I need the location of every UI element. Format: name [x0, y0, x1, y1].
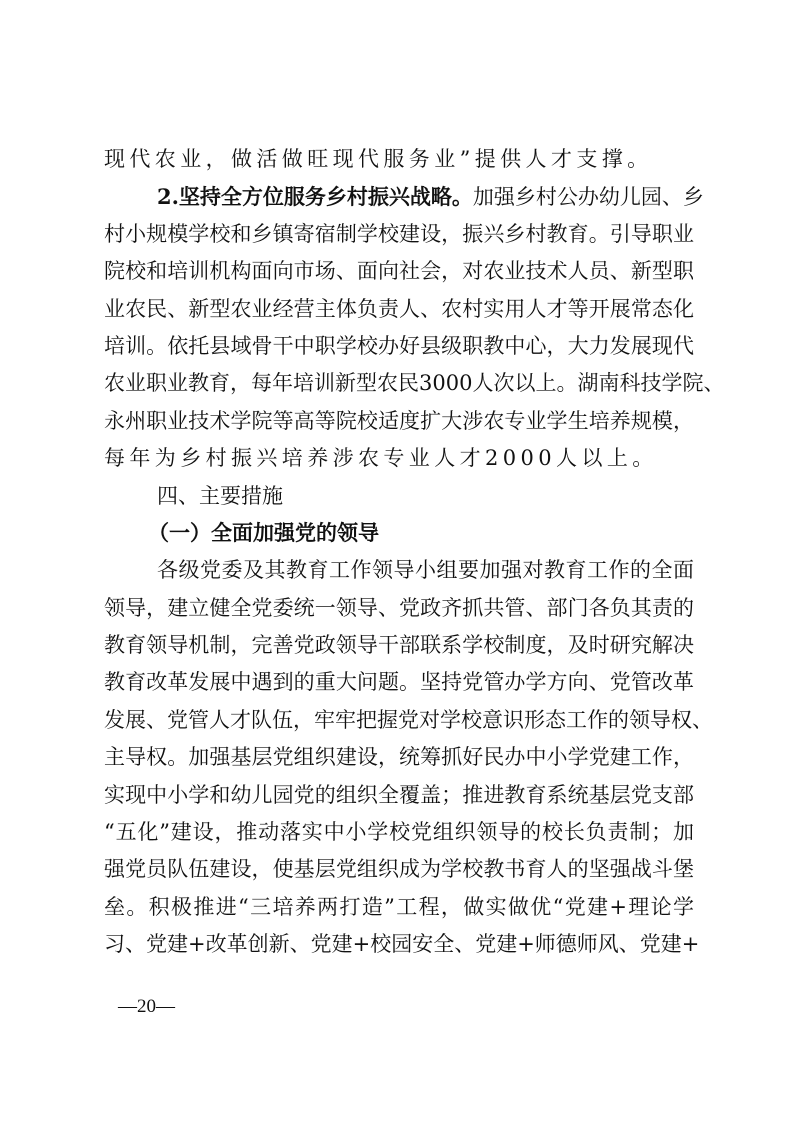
paragraph-line: 教育改革发展中遇到的重大问题。坚持党管办学方向、党管改革: [104, 664, 694, 701]
paragraph-line: 现代农业，做活做旺现代服务业”提供人才支撑。: [104, 141, 694, 178]
paragraph-line: 培训。依托县域骨干中职学校办好县级职教中心，大力发展现代: [104, 328, 694, 365]
paragraph-line: 实现中小学和幼儿园党的组织全覆盖；推进教育系统基层党支部: [104, 777, 694, 814]
paragraph-line: 永州职业技术学院等高等院校适度扩大涉农专业学生培养规模，: [104, 403, 694, 440]
paragraph-line: 习、党建+改革创新、党建+校园安全、党建+师德师风、党建+: [104, 926, 694, 963]
paragraph-line: 领导，建立健全党委统一领导、党政齐抓共管、部门各负其责的: [104, 590, 694, 627]
section-heading: 四、主要措施: [104, 478, 694, 515]
paragraph-line: 业农民、新型农业经营主体负责人、农村实用人才等开展常态化: [104, 291, 694, 328]
paragraph-line: 教育领导机制，完善党政领导干部联系学校制度，及时研究解决: [104, 627, 694, 664]
paragraph-line: “五化”建设，推动落实中小学校党组织领导的校长负责制；加: [104, 814, 694, 851]
paragraph-line: 各级党委及其教育工作领导小组要加强对教育工作的全面: [104, 552, 694, 589]
paragraph-line: 每年为乡村振兴培养涉农专业人才2000人以上。: [104, 440, 694, 477]
paragraph-line: 农业职业教育，每年培训新型农民3000人次以上。湖南科技学院、: [104, 365, 694, 402]
paragraph-line-text: 加强乡村公办幼儿园、乡: [473, 185, 704, 209]
document-body: 现代农业，做活做旺现代服务业”提供人才支撑。 2.坚持全方位服务乡村振兴战略。加…: [104, 141, 694, 964]
paragraph-line: 发展、党管人才队伍，牢牢把握党对学校意识形态工作的领导权、: [104, 702, 694, 739]
item-lead-title: 2.坚持全方位服务乡村振兴战略。: [157, 184, 473, 209]
paragraph-line-with-lead: 2.坚持全方位服务乡村振兴战略。加强乡村公办幼儿园、乡: [104, 178, 694, 215]
subsection-heading: （一）全面加强党的领导: [104, 515, 694, 552]
paragraph-line: 院校和培训机构面向市场、面向社会，对农业技术人员、新型职: [104, 253, 694, 290]
paragraph-line: 村小规模学校和乡镇寄宿制学校建设，振兴乡村教育。引导职业: [104, 216, 694, 253]
page-number: —20—: [118, 996, 175, 1018]
document-page: 现代农业，做活做旺现代服务业”提供人才支撑。 2.坚持全方位服务乡村振兴战略。加…: [0, 0, 793, 1122]
paragraph-line: 垒。积极推进“三培养两打造”工程，做实做优“党建+理论学: [104, 889, 694, 926]
paragraph-line: 强党员队伍建设，使基层党组织成为学校教书育人的坚强战斗堡: [104, 851, 694, 888]
paragraph-line: 主导权。加强基层党组织建设，统筹抓好民办中小学党建工作，: [104, 739, 694, 776]
